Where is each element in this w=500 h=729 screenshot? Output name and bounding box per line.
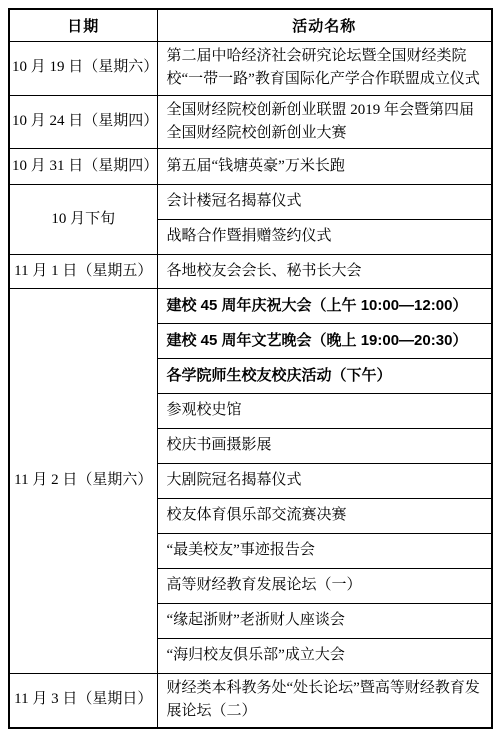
event-cell: 校庆书画摄影展 bbox=[157, 429, 492, 464]
table-row: 11 月 1 日（星期五） 各地校友会会长、秘书长大会 bbox=[9, 255, 492, 289]
event-cell: 建校 45 周年庆祝大会（上午 10:00—12:00） bbox=[157, 289, 492, 324]
date-cell: 10 月 19 日（星期六） bbox=[9, 42, 157, 96]
table-row: 10 月 19 日（星期六） 第二届中哈经济社会研究论坛暨全国财经类院校“一带一… bbox=[9, 42, 492, 96]
event-cell: 战略合作暨捐赠签约仪式 bbox=[157, 220, 492, 255]
event-cell: 第二届中哈经济社会研究论坛暨全国财经类院校“一带一路”教育国际化产学合作联盟成立… bbox=[157, 42, 492, 96]
event-cell: 第五届“钱塘英豪”万米长跑 bbox=[157, 149, 492, 185]
table-row: 10 月 24 日（星期四） 全国财经院校创新创业联盟 2019 年会暨第四届全… bbox=[9, 95, 492, 149]
event-cell: 各学院师生校友校庆活动（下午） bbox=[157, 359, 492, 394]
column-header-activity: 活动名称 bbox=[157, 9, 492, 42]
date-cell: 11 月 3 日（星期日） bbox=[9, 674, 157, 728]
date-cell: 11 月 1 日（星期五） bbox=[9, 255, 157, 289]
table-row: 11 月 3 日（星期日） 财经类本科教务处“处长论坛”暨高等财经教育发展论坛（… bbox=[9, 674, 492, 728]
table-header-row: 日期 活动名称 bbox=[9, 9, 492, 42]
event-cell: 建校 45 周年文艺晚会（晚上 19:00—20:30） bbox=[157, 324, 492, 359]
event-cell: 参观校史馆 bbox=[157, 394, 492, 429]
date-cell: 10 月 31 日（星期四） bbox=[9, 149, 157, 185]
event-cell: 各地校友会会长、秘书长大会 bbox=[157, 255, 492, 289]
document-page: 日期 活动名称 10 月 19 日（星期六） 第二届中哈经济社会研究论坛暨全国财… bbox=[0, 0, 500, 714]
event-schedule-table: 日期 活动名称 10 月 19 日（星期六） 第二届中哈经济社会研究论坛暨全国财… bbox=[8, 8, 493, 729]
column-header-date: 日期 bbox=[9, 9, 157, 42]
table-row: 11 月 2 日（星期六） 建校 45 周年庆祝大会（上午 10:00—12:0… bbox=[9, 289, 492, 324]
event-cell: 高等财经教育发展论坛（一） bbox=[157, 569, 492, 604]
table-row: 10 月下旬 会计楼冠名揭幕仪式 bbox=[9, 185, 492, 220]
event-cell: “最美校友”事迹报告会 bbox=[157, 534, 492, 569]
event-cell: 全国财经院校创新创业联盟 2019 年会暨第四届全国财经院校创新创业大赛 bbox=[157, 95, 492, 149]
event-cell: 校友体育俱乐部交流赛决赛 bbox=[157, 499, 492, 534]
date-cell: 10 月 24 日（星期四） bbox=[9, 95, 157, 149]
event-cell: 会计楼冠名揭幕仪式 bbox=[157, 185, 492, 220]
table-row: 10 月 31 日（星期四） 第五届“钱塘英豪”万米长跑 bbox=[9, 149, 492, 185]
event-cell: 大剧院冠名揭幕仪式 bbox=[157, 464, 492, 499]
date-cell: 10 月下旬 bbox=[9, 185, 157, 255]
event-cell: “缘起浙财”老浙财人座谈会 bbox=[157, 604, 492, 639]
event-cell: “海归校友俱乐部”成立大会 bbox=[157, 639, 492, 674]
date-cell: 11 月 2 日（星期六） bbox=[9, 289, 157, 674]
event-cell: 财经类本科教务处“处长论坛”暨高等财经教育发展论坛（二） bbox=[157, 674, 492, 728]
